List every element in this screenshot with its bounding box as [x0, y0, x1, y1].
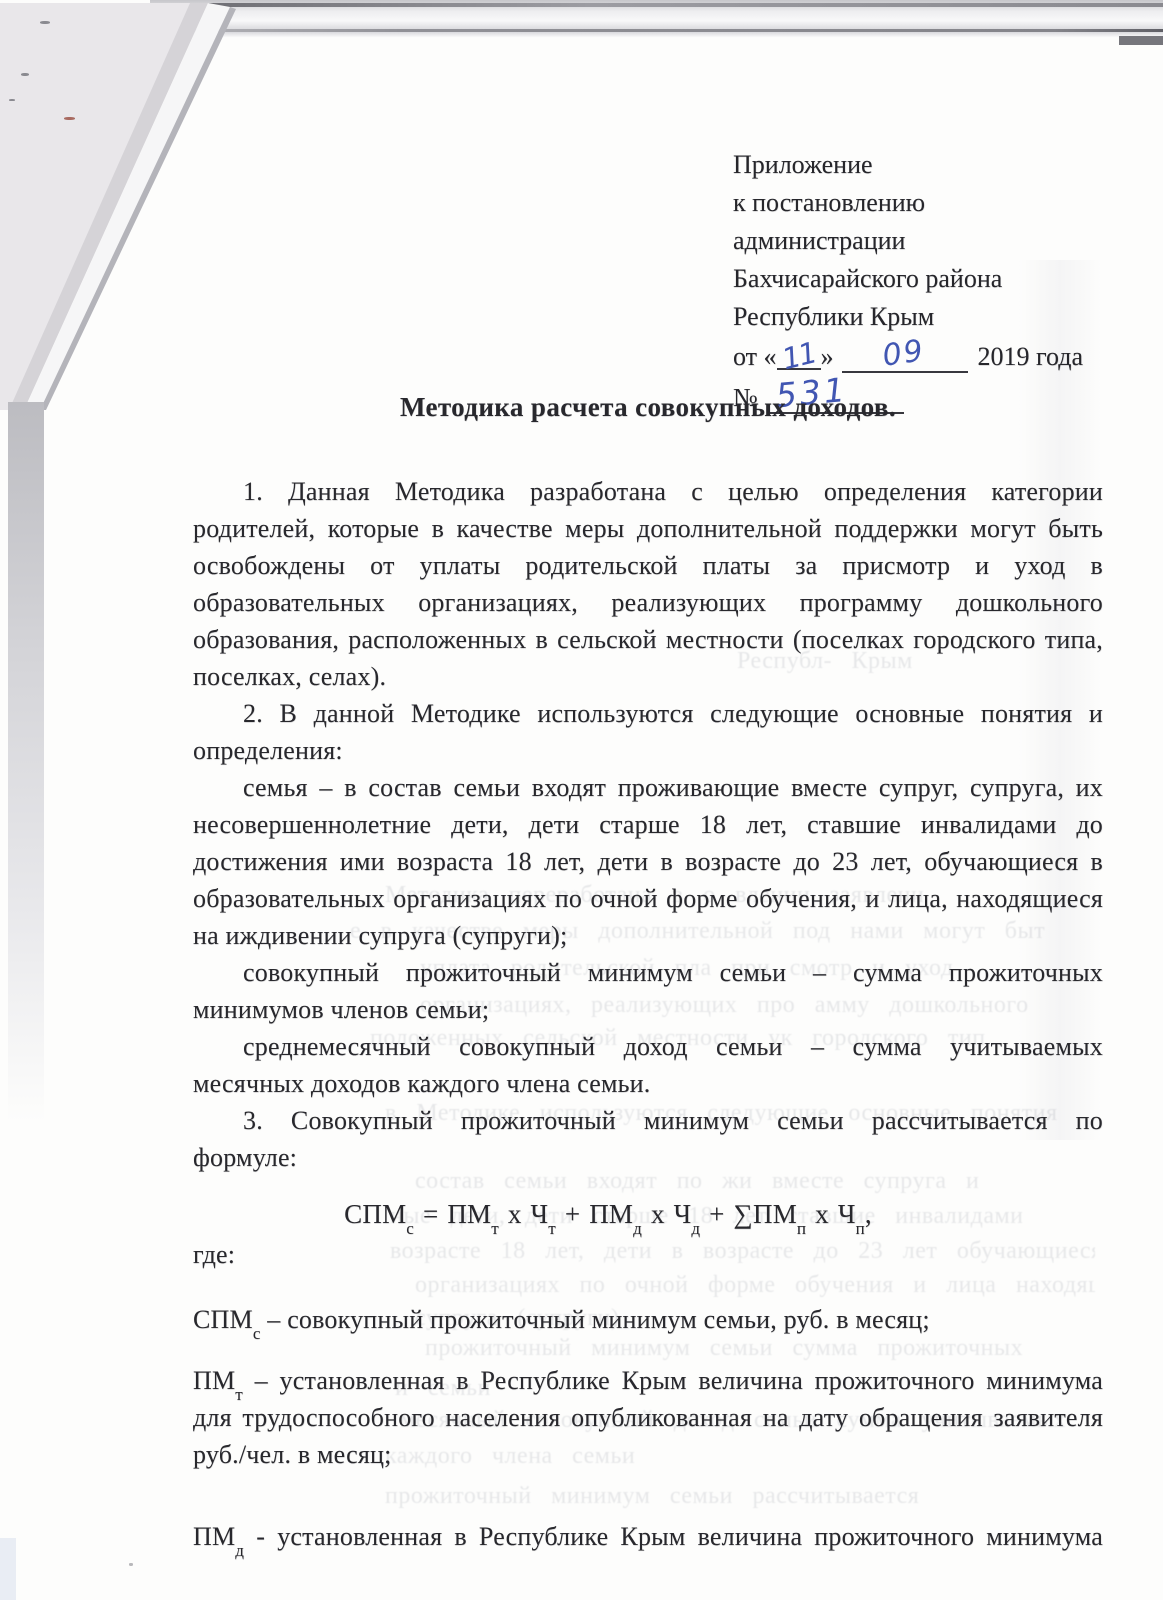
- formula-part: ,: [865, 1199, 872, 1229]
- header-line: Республики Крым: [733, 298, 1093, 336]
- text-line: образования, расположенных в сельской ме…: [193, 621, 1103, 658]
- formula-part: + ПМд: [556, 1199, 642, 1229]
- handwritten-day: 11: [778, 334, 819, 379]
- header-line: Бахчисарайского района: [733, 260, 1093, 298]
- date-prefix: от «: [733, 342, 777, 371]
- document-title: Методика расчета совокупных доходов.: [193, 388, 1103, 426]
- definition-pmt: ПМт – установленная в Республике Крым ве…: [193, 1362, 1103, 1473]
- formula-subscript: д: [691, 1219, 700, 1238]
- paragraph-3: 3. Совокупный прожиточный минимум семьи …: [193, 1102, 1103, 1176]
- term-subscript: т: [235, 1385, 243, 1404]
- formula-part: = ПМт: [414, 1199, 499, 1229]
- text-line: поселках, селах).: [193, 658, 1103, 695]
- text-line: 3. Совокупный прожиточный минимум семьи …: [193, 1102, 1103, 1139]
- handwritten-month: 09: [881, 332, 928, 376]
- text-line: месячных доходов каждого члена семьи.: [193, 1065, 1103, 1102]
- definition-cumulative-minimum: совокупный прожиточный минимум семьи – с…: [193, 954, 1103, 1028]
- definition-family: семья – в состав семьи входят проживающи…: [193, 769, 1103, 954]
- header-line: к постановлению администрации: [733, 184, 1093, 260]
- definition-pmd: ПМд - установленная в Республике Крым ве…: [193, 1518, 1103, 1555]
- formula-part: х Чп: [806, 1199, 865, 1229]
- formula-subscript: т: [491, 1219, 499, 1238]
- paragraph-2: 2. В данной Методике используются следую…: [193, 695, 1103, 769]
- date-month-blank: 09: [842, 337, 968, 373]
- text-line: руб./чел. в месяц;: [193, 1436, 1103, 1473]
- scan-speck: [64, 117, 75, 120]
- formula-part: СПМс: [344, 1199, 414, 1229]
- formula-subscript: с: [406, 1219, 414, 1238]
- scan-speck: [40, 21, 50, 24]
- formula-subscript: п: [856, 1219, 865, 1238]
- formula: СПМс = ПМт х Чт + ПМд х Чд + ∑ПМп х Чп,: [193, 1192, 1023, 1236]
- text-line: определения:: [193, 732, 1103, 769]
- text-line: формуле:: [193, 1139, 1103, 1176]
- formula-subscript: д: [633, 1219, 642, 1238]
- text-line: совокупный прожиточный минимум семьи – с…: [193, 954, 1103, 991]
- text-line: 2. В данной Методике используются следую…: [193, 695, 1103, 732]
- scan-top-edge-blob: [1119, 36, 1163, 45]
- text-line: образовательных организациях по очной фо…: [193, 880, 1103, 917]
- text-line: достижения ими возраста 18 лет, дети в в…: [193, 843, 1103, 880]
- scan-speck: [129, 1563, 133, 1566]
- date-day-blank: 11: [777, 336, 821, 370]
- header-date-line: от «11»092019 года: [733, 336, 1093, 376]
- text-line: для трудоспособного населения опубликова…: [193, 1399, 1103, 1436]
- date-close-quote: »: [821, 342, 834, 371]
- formula-subscript: т: [548, 1219, 556, 1238]
- scan-top-edge-line: [208, 3, 1163, 7]
- document-body: Методика расчета совокупных доходов. 1. …: [193, 388, 1103, 1555]
- term-subscript: с: [253, 1324, 261, 1343]
- text-line: родителей, которые в качестве меры допол…: [193, 510, 1103, 547]
- date-year: 2019 года: [978, 342, 1084, 371]
- formula-part: х Чт: [499, 1199, 556, 1229]
- scanned-page: Республ- КрымМетодика переработана в о в…: [0, 0, 1163, 1600]
- term-subscript: д: [235, 1541, 244, 1560]
- where-label: где:: [193, 1236, 1103, 1273]
- page-corner-fold: [0, 0, 250, 410]
- formula-part: х Чд: [642, 1199, 700, 1229]
- formula-part: + ∑ПМп: [700, 1199, 806, 1229]
- definition-average-income: среднемесячный совокупный доход семьи – …: [193, 1028, 1103, 1102]
- paragraph-1: 1. Данная Методика разработана с целью о…: [193, 473, 1103, 695]
- scan-speck: [21, 73, 29, 76]
- document-header-block: Приложениек постановлению администрацииБ…: [733, 146, 1093, 417]
- text-line: минимумов членов семьи;: [193, 991, 1103, 1028]
- text-line: ПМт – установленная в Республике Крым ве…: [193, 1362, 1103, 1399]
- text-line: на иждивении супруга (супруги);: [193, 917, 1103, 954]
- formula-subscript: п: [797, 1219, 806, 1238]
- scan-bottom-left-strip: [0, 1538, 16, 1600]
- text-line: семья – в состав семьи входят проживающи…: [193, 769, 1103, 806]
- scan-speck: [9, 99, 15, 101]
- text-line: среднемесячный совокупный доход семьи – …: [193, 1028, 1103, 1065]
- text-line: образовательных организациях, реализующи…: [193, 584, 1103, 621]
- text-line: 1. Данная Методика разработана с целью о…: [193, 473, 1103, 510]
- header-line: Приложение: [733, 146, 1093, 184]
- text-line: освобождены от уплаты родительской платы…: [193, 547, 1103, 584]
- definition-spm: СПМс – совокупный прожиточный минимум се…: [193, 1301, 1103, 1338]
- scan-left-edge-artifact: [8, 402, 44, 1122]
- text-line: несовершеннолетние дети, дети старше 18 …: [193, 806, 1103, 843]
